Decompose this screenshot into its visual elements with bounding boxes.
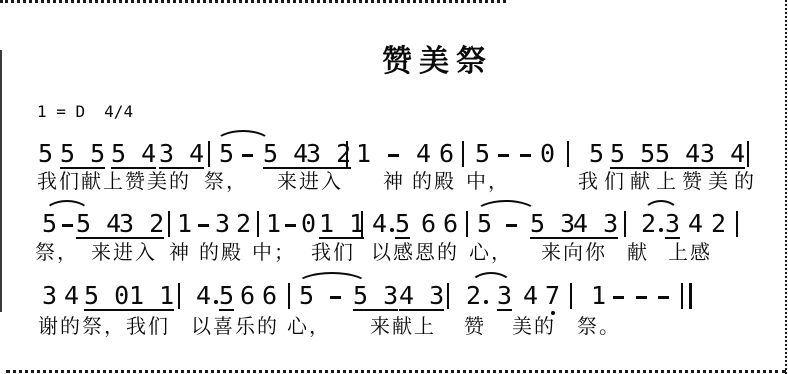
barline — [361, 211, 363, 237]
lyric-text: 神 — [383, 170, 405, 192]
duration-dash — [388, 154, 399, 157]
lyric-text: 谢的祭， — [38, 315, 126, 337]
note: 2 — [466, 284, 481, 308]
lyric-text: 我们献上赞美的 — [578, 170, 760, 192]
lyric-text: 上感 — [668, 241, 712, 263]
lyric-text: 祭， — [35, 241, 79, 263]
duration-dash — [506, 224, 517, 227]
note: 1 — [356, 142, 371, 166]
duration-dash — [62, 224, 73, 227]
duration-dash — [636, 296, 647, 299]
duration-dash — [198, 224, 209, 227]
lyric-text: 我们献上赞美的 — [37, 170, 191, 192]
lyric-text: 神 — [169, 241, 191, 263]
note: 4 — [372, 212, 387, 236]
score-area: 55 55 43 455 43 21465055 55 43 4我们献上赞美的祭… — [0, 0, 788, 374]
duration-dash — [613, 296, 624, 299]
duration-dash — [285, 224, 296, 227]
augmentation-dot — [390, 228, 394, 232]
note: 5 3 — [353, 284, 398, 311]
note: 7 — [545, 284, 560, 308]
note: 1 1 — [129, 284, 174, 311]
lyric-text: 以喜乐的 — [191, 315, 279, 337]
note: 6 — [262, 284, 277, 308]
note: 5 4 — [76, 212, 121, 239]
note: 1 — [266, 212, 281, 236]
lyric-text: 中； — [252, 241, 296, 263]
barline — [257, 211, 259, 237]
barline — [178, 283, 180, 309]
note: 5 0 — [84, 284, 129, 311]
note: 3 2 — [119, 212, 164, 239]
lyric-text: 我们 — [311, 241, 355, 263]
note: 4 3 — [399, 284, 444, 311]
lyric-text: 心， — [287, 315, 331, 337]
lyric-text: 祭， — [204, 170, 248, 192]
note: 3 — [665, 212, 680, 239]
note: 6 — [421, 212, 436, 236]
duration-dash — [498, 154, 509, 157]
lyric-text: 美的 — [512, 315, 556, 337]
note: 6 — [439, 142, 454, 166]
note: 5 — [219, 284, 234, 311]
barline — [747, 141, 749, 167]
note: 5 5 — [60, 142, 105, 169]
lyric-text: 来向你 — [541, 241, 607, 263]
final-barline-thin — [681, 283, 683, 309]
note: 3 4 — [700, 142, 745, 169]
note: 1 — [591, 284, 606, 308]
lyric-text: 的殿 — [199, 241, 243, 263]
lyric-text: 来献上 — [370, 315, 436, 337]
note: 2 — [236, 212, 251, 236]
lyric-text: 来进入 — [91, 241, 157, 263]
barline — [168, 211, 170, 237]
note: 5 5 — [610, 142, 655, 169]
note: 5 4 — [655, 142, 700, 169]
note: 5 4 — [263, 142, 308, 169]
rest-note: 0 — [540, 142, 555, 166]
note: 5 — [42, 212, 57, 236]
note: 4 — [416, 142, 431, 166]
note: 4 — [64, 284, 79, 308]
duration-dash — [330, 296, 341, 299]
duration-dash — [520, 154, 531, 157]
duration-dash — [658, 296, 669, 299]
note: 5 — [589, 142, 604, 166]
augmentation-dot — [659, 228, 663, 232]
lyric-text: 心， — [469, 241, 513, 263]
note: 2 — [641, 212, 656, 236]
barline — [567, 141, 569, 167]
barline — [462, 141, 464, 167]
note: 3 — [215, 212, 230, 236]
note: 5 4 — [111, 142, 156, 169]
note: 3 — [42, 284, 57, 308]
note: 5 — [477, 212, 492, 236]
note: 4 3 — [573, 212, 618, 239]
note: 3 2 — [306, 142, 351, 169]
barline — [346, 141, 348, 167]
lyric-text: 祭。 — [577, 315, 621, 337]
note: 4 — [523, 284, 538, 308]
note: 6 — [443, 212, 458, 236]
note: 1 — [177, 212, 192, 236]
augmentation-dot — [214, 300, 218, 304]
barline — [624, 211, 626, 237]
note: 5 — [475, 142, 490, 166]
barline — [288, 283, 290, 309]
note: 3 4 — [159, 142, 204, 169]
lyric-text: 我们 — [126, 315, 170, 337]
note: 5 3 — [530, 212, 575, 239]
lyric-text: 赞 — [464, 315, 486, 337]
lyric-text: 的殿 — [412, 170, 456, 192]
lyric-text: 中， — [466, 170, 510, 192]
note: 4 — [196, 284, 211, 308]
note: 5 — [38, 142, 53, 166]
barline — [466, 211, 468, 237]
barline — [447, 283, 449, 309]
lyric-text: 来进入 — [277, 170, 343, 192]
barline — [570, 283, 572, 309]
barline — [208, 141, 210, 167]
note: 2 — [711, 212, 726, 236]
note: 5 — [395, 212, 410, 239]
score-sheet: 赞美祭 1 = D4/4 55 55 43 455 43 21465055 55… — [0, 0, 788, 374]
note: 1 1 — [319, 212, 364, 239]
note: 4 — [688, 212, 703, 236]
rest-note: 0 — [301, 212, 316, 236]
duration-dash — [242, 154, 253, 157]
augmentation-dot — [484, 300, 488, 304]
barline — [736, 211, 738, 237]
note: 5 — [299, 284, 314, 308]
lyric-text: 献 — [627, 241, 649, 263]
note: 6 — [240, 284, 255, 308]
final-barline-thick — [689, 283, 692, 309]
note: 5 — [219, 142, 234, 166]
lyric-text: 以感恩的 — [371, 241, 459, 263]
note: 3 — [497, 284, 512, 311]
